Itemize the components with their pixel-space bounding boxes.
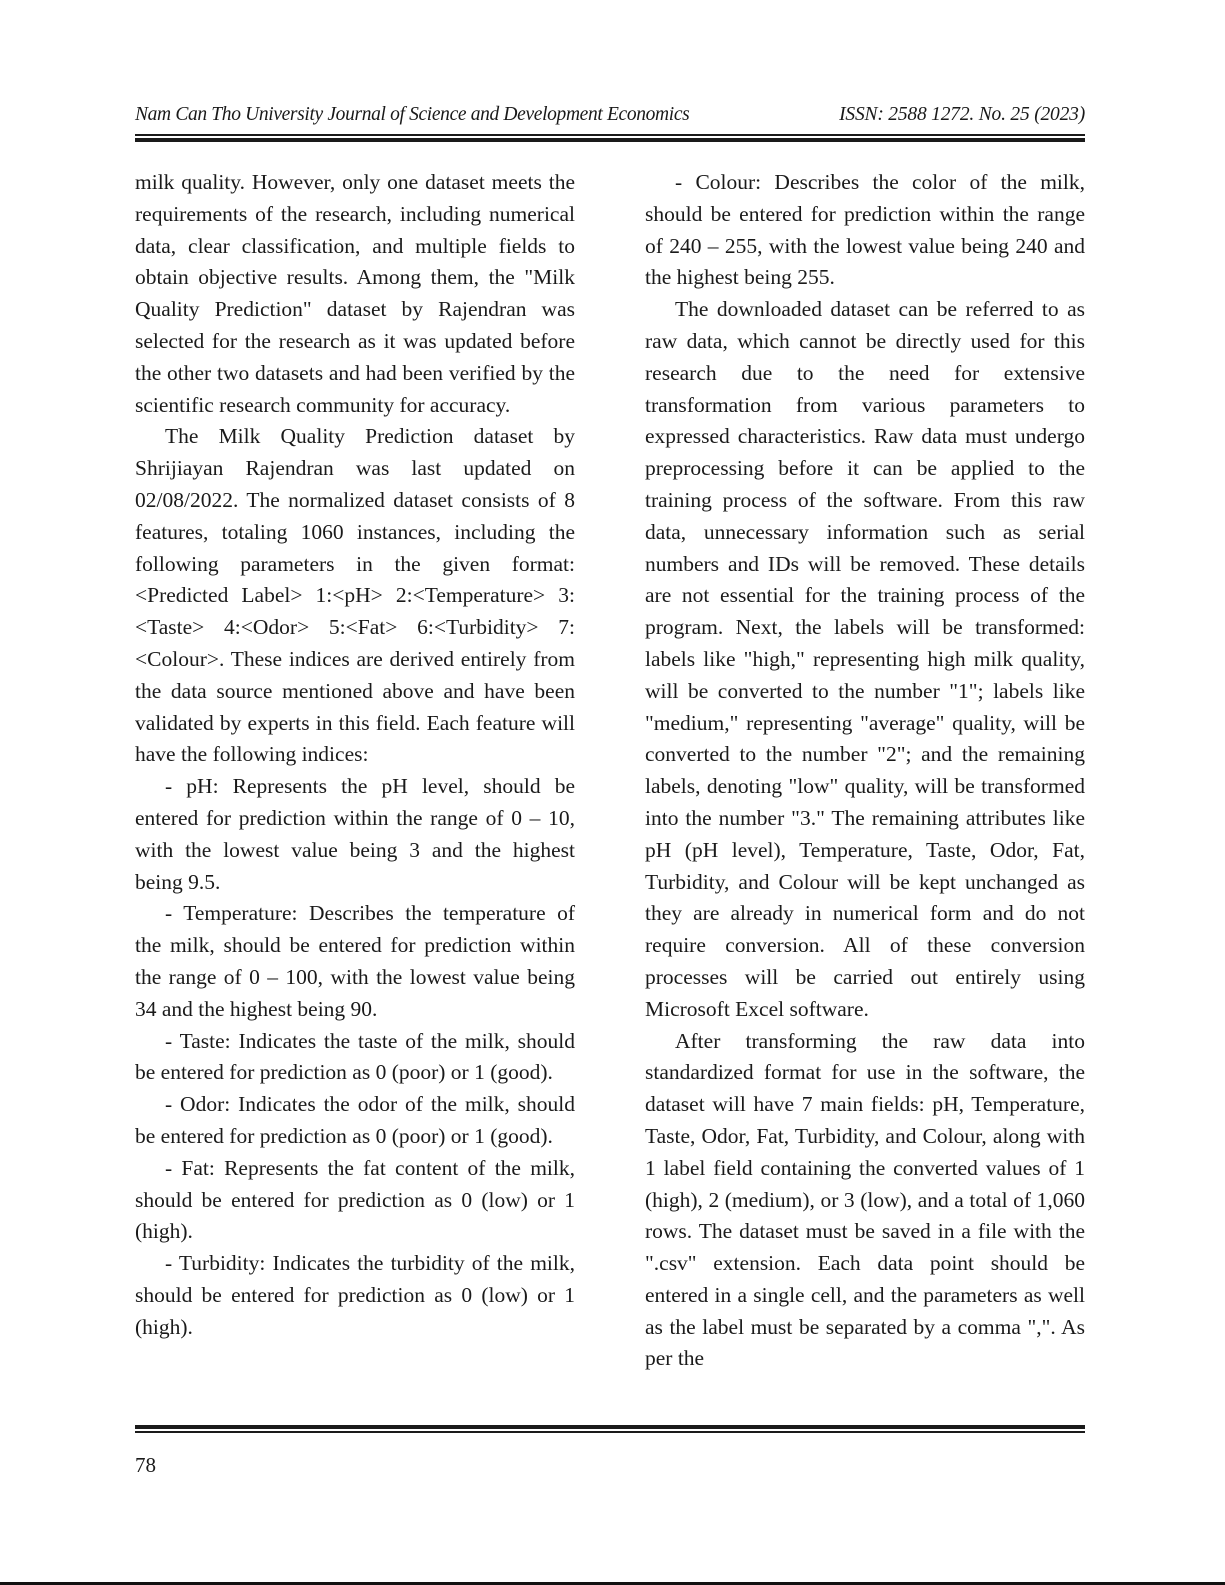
- paragraph: After transforming the raw data into sta…: [645, 1026, 1085, 1376]
- feature-ph: - pH: Represents the pH level, should be…: [135, 771, 575, 898]
- footer-rule-thin: [135, 1431, 1085, 1433]
- feature-taste: - Taste: Indicates the taste of the milk…: [135, 1026, 575, 1090]
- feature-fat: - Fat: Represents the fat content of the…: [135, 1153, 575, 1248]
- paragraph: milk quality. However, only one dataset …: [135, 167, 575, 421]
- header-bar: Nam Can Tho University Journal of Scienc…: [135, 102, 1085, 128]
- issn-issue: ISSN: 2588 1272. No. 25 (2023): [839, 102, 1085, 128]
- paragraph: The downloaded dataset can be referred t…: [645, 294, 1085, 1025]
- page-number: 78: [135, 1451, 156, 1479]
- feature-colour: - Colour: Describes the color of the mil…: [645, 167, 1085, 294]
- feature-turbidity: - Turbidity: Indicates the turbidity of …: [135, 1248, 575, 1343]
- footer-rule-thick: [135, 1425, 1085, 1429]
- header-rule-thin: [135, 134, 1085, 136]
- header-rule-thick: [135, 138, 1085, 142]
- journal-title: Nam Can Tho University Journal of Scienc…: [135, 102, 689, 128]
- paragraph: The Milk Quality Prediction dataset by S…: [135, 421, 575, 771]
- feature-odor: - Odor: Indicates the odor of the milk, …: [135, 1089, 575, 1153]
- left-column: milk quality. However, only one dataset …: [135, 167, 575, 1343]
- feature-temperature: - Temperature: Describes the temperature…: [135, 898, 575, 1025]
- right-column: - Colour: Describes the color of the mil…: [645, 167, 1085, 1375]
